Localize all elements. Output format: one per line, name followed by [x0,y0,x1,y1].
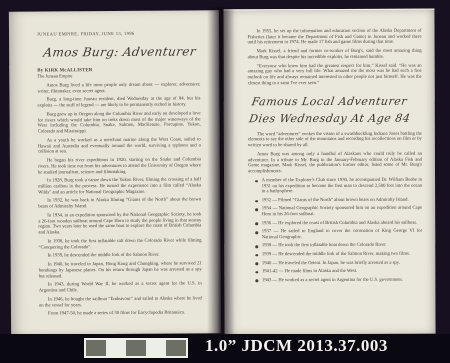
section-heading-line2: Dies Wednesday At Age 84 [248,109,425,127]
paragraph: From 1947-50, he made a series of 30 fil… [39,311,202,318]
paragraph: As a youth he worked as a merchant marin… [38,137,201,155]
paragraph: Mark Kissel, a friend and former co-work… [248,49,422,61]
scale-square [166,340,186,356]
right-page-mid-paragraphs: The word “adventurer” evokes the vision … [248,131,422,175]
paragraph: Amos Burg was among only a handful of Al… [248,152,422,176]
bullet-item: 1936 — He explored the coast of British … [248,220,422,226]
bullet-text: 1934 — National Geographic Society spons… [262,206,422,218]
paragraph: In 1932, he was back in Alaska filming “… [38,198,201,211]
bullet-text: 1938 — He took the first inflatable boat… [262,243,422,249]
bullet-text: 1937 — He sailed to England to cover the… [262,229,422,241]
bullet-item: 1941-42 — He made films in Alaska and th… [248,269,422,275]
bullet-item: 1940 — He traveled the Orient. In Japan,… [248,260,422,266]
catalog-label: 1.0” JDCM 2013.37.003 [205,336,388,356]
article-title: Amos Burg: Adventurer [37,44,202,59]
bullet-item: 1932 — Filmed “Giants of the North” abou… [248,198,422,204]
left-page: JUNEAU EMPIRE, FRIDAY, JUNE 13, 1986 Amo… [9,10,221,334]
bullet-dot-icon [255,254,258,257]
bullet-item: A member of the Explorer's Club since 19… [248,178,422,196]
bullet-dot-icon [255,180,258,183]
bullet-text: 1939 — He descended the middle fork of t… [262,252,422,258]
bullet-dot-icon [255,208,258,211]
bullet-text: 1943 — He worked as a secret agent in Ar… [262,277,422,283]
right-page-top-paragraphs: In 1955, he set up the information and e… [248,29,422,87]
paragraph: He began his river expeditions in 1920, … [38,157,201,175]
paragraph: In 1955, he set up the information and e… [248,29,422,47]
paragraph: Amos Burg lived a life most people only … [37,82,200,95]
bullet-dot-icon [255,223,258,226]
bullet-item: 1934 — National Geographic Society spons… [248,206,422,218]
photo-background: JUNEAU EMPIRE, FRIDAY, JUNE 13, 1986 Amo… [0,0,450,363]
left-page-paragraphs: Amos Burg lived a life most people only … [37,82,202,317]
bullet-dot-icon [255,271,258,274]
paragraph: The word “adventurer” evokes the vision … [248,131,422,149]
bullet-text: 1941-42 — He made films in Alaska and th… [262,269,422,275]
bullet-dot-icon [255,231,258,234]
byline-affiliation: The Juneau Empire [37,72,200,78]
paragraph: In 1943, during World War II, he worked … [39,282,202,295]
accomplishments-list: A member of the Explorer's Club since 19… [248,178,422,284]
bullet-text: A member of the Explorer's Club since 19… [262,178,422,196]
right-page: In 1955, he set up the information and e… [223,9,435,335]
paragraph: In 1940, he traveled to Japan, Hong Kong… [39,261,202,279]
bullet-item: 1943 — He worked as a secret agent in Ar… [248,277,422,283]
section-heading: Famous Local Adventurer Dies Wednesday A… [248,92,427,127]
bullet-dot-icon [255,263,258,266]
paragraph: In 1934, in an expedition sponsored by t… [38,212,201,236]
paragraph: In 1938, he took the first inflatable ra… [38,238,201,251]
color-scale-bar-icon [84,338,188,358]
paragraph: Burg, a long-time Juneau resident, died … [37,97,200,110]
scale-square [126,340,146,356]
bullet-item: 1937 — He sailed to England to cover the… [248,229,422,241]
paragraph: In 1939, he descended the middle fork of… [39,253,202,260]
bullet-item: 1939 — He descended the middle fork of t… [248,252,422,258]
bullet-text: 1932 — Filmed “Giants of the North” abou… [262,198,422,204]
paragraph: “Everyone who knew him had the greatest … [248,63,422,87]
paragraph: In 1946, he bought the sailboat “Endeavo… [39,296,202,309]
masthead: JUNEAU EMPIRE, FRIDAY, JUNE 13, 1986 [37,30,200,36]
bullet-item: 1938 — He took the first inflatable boat… [248,243,422,249]
bullet-dot-icon [255,200,258,203]
paragraph: In 1928, Burg took a canoe down the Yuko… [38,178,201,196]
scale-square [86,340,106,356]
bottom-info-bar: 1.0” JDCM 2013.37.003 [0,334,450,363]
bullet-dot-icon [255,245,258,248]
scale-square [106,340,126,356]
section-heading-line1: Famous Local Adventurer [250,92,427,110]
paragraph: Burg grew up in Oregon along the Columbi… [38,111,201,135]
bullet-dot-icon [255,280,258,283]
scale-square [146,340,166,356]
bullet-text: 1940 — He traveled the Orient. In Japan,… [262,260,422,266]
bullet-text: 1936 — He explored the coast of British … [262,220,422,226]
